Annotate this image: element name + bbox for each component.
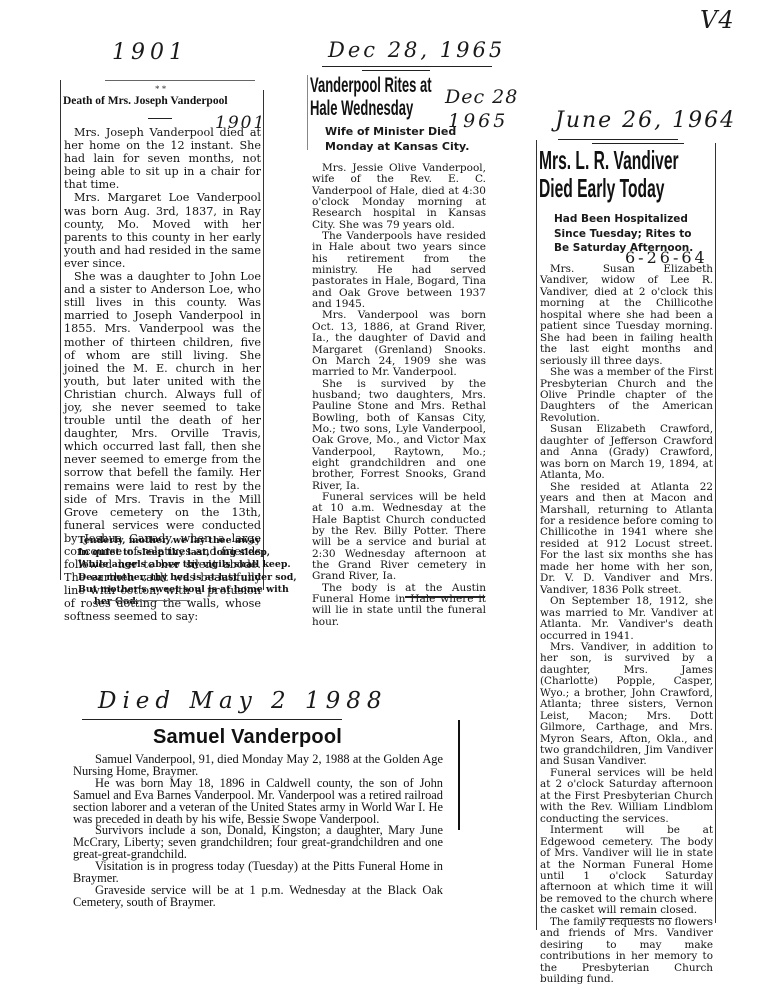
paragraph: Samuel Vanderpool, 91, died Monday May 2… <box>73 754 443 778</box>
headline-line: Hale Wednesday <box>310 97 432 120</box>
paragraph: Mrs. Margaret Loe Vanderpool was born Au… <box>64 191 261 270</box>
handwritten-margin-note-1: Dec 28 <box>445 86 518 108</box>
paragraph: He was born May 18, 1896 in Caldwell cou… <box>73 778 443 826</box>
paragraph: The family requests no flowers and frien… <box>540 917 713 985</box>
top-rule <box>105 80 255 81</box>
headline-line: Vanderpool Rites at <box>310 74 432 97</box>
right-border <box>715 143 716 923</box>
bottom-rule <box>602 918 672 919</box>
left-border <box>60 80 61 580</box>
paragraph: Mrs. Vanderpool was born Oct. 13, 1886, … <box>312 310 486 378</box>
date-underline <box>82 719 342 720</box>
paragraph: The body is at the Austin Funeral Home i… <box>312 583 486 628</box>
ornament: * * <box>155 84 166 94</box>
poem-line: But mother's sweet soul is at home with <box>78 584 275 596</box>
paragraph: She resided at Atlanta 22 years and then… <box>540 482 713 597</box>
subheadline-line: Since Tuesday; Rites to <box>554 227 693 242</box>
paragraph: On September 18, 1912, she was married t… <box>540 596 713 642</box>
subheadline: Wife of Minister Died Monday at Kansas C… <box>325 124 469 154</box>
paragraph: Mrs. Vandiver, in addition to her son, i… <box>540 642 713 768</box>
headline: Samuel Vanderpool <box>153 726 342 749</box>
date-underline <box>322 66 492 67</box>
left-border <box>536 140 537 930</box>
top-rule <box>362 70 430 71</box>
paragraph: Susan Elizabeth Crawford, daughter of Je… <box>540 424 713 481</box>
subheadline-line: Monday at Kansas City. <box>325 139 469 154</box>
paragraph: Funeral services will be held at 10 a.m.… <box>312 492 486 583</box>
paragraph: The Vanderpools have resided in Hale abo… <box>312 231 486 310</box>
headline-line: Died Early Today <box>539 174 679 202</box>
left-border <box>307 75 308 150</box>
subheadline-line: Wife of Minister Died <box>325 124 469 139</box>
poem-line: her God. <box>78 596 275 608</box>
bottom-rule <box>110 600 190 601</box>
paragraph: Mrs. Jessie Olive Vanderpool, wife of th… <box>312 163 486 231</box>
subheadline-line: Had Been Hospitalized <box>554 212 693 227</box>
right-border <box>458 720 460 830</box>
paragraph: She is survived by the husband; two daug… <box>312 379 486 492</box>
paragraph: Interment will be at Edgewood cemetery. … <box>540 825 713 917</box>
article-body: Mrs. Jessie Olive Vanderpool, wife of th… <box>312 163 486 628</box>
article-body: Mrs. Susan Elizabeth Vandiver, widow of … <box>540 264 713 985</box>
top-rule <box>592 143 684 144</box>
paragraph: Mrs. Joseph Vanderpool died at her home … <box>64 126 261 191</box>
handwritten-date: June 26, 1964 <box>555 108 736 133</box>
paragraph: Mrs. Susan Elizabeth Vandiver, widow of … <box>540 264 713 367</box>
poem-line: While angels above thy vigils shall keep… <box>78 559 275 571</box>
paragraph: Graveside service will be at 1 p.m. Wedn… <box>73 885 443 909</box>
right-border <box>263 90 264 590</box>
poem-line: Tenderly, mother, we lay thee away <box>78 535 275 547</box>
handwritten-date: Dec 28, 1965 <box>328 38 505 62</box>
page-mark: V4 <box>700 6 735 34</box>
poem-line: In quiet to sleep thy last, long sleep, <box>78 547 275 559</box>
paragraph: She was a member of the First Presbyteri… <box>540 367 713 424</box>
poem-line: Dear mother, thy bed is at last under so… <box>78 572 275 584</box>
bottom-rule <box>405 596 485 598</box>
paragraph: Survivors include a son, Donald, Kingsto… <box>73 825 443 861</box>
poem: Tenderly, mother, we lay thee away In qu… <box>64 535 275 608</box>
paragraph: Visitation is in progress today (Tuesday… <box>73 861 443 885</box>
handwritten-date: Died May 2 1988 <box>98 688 388 714</box>
paragraph: Funeral services will be held at 2 o'clo… <box>540 768 713 825</box>
handwritten-date: 1901 <box>112 40 188 65</box>
article-body: Samuel Vanderpool, 91, died Monday May 2… <box>73 754 443 909</box>
headline-rule <box>148 118 172 119</box>
date-underline <box>558 139 678 140</box>
headline-line: Mrs. L. R. Vandiver <box>539 146 679 174</box>
headline: Mrs. L. R. Vandiver Died Early Today <box>539 146 760 202</box>
headline: Death of Mrs. Joseph Vanderpool <box>63 95 263 107</box>
